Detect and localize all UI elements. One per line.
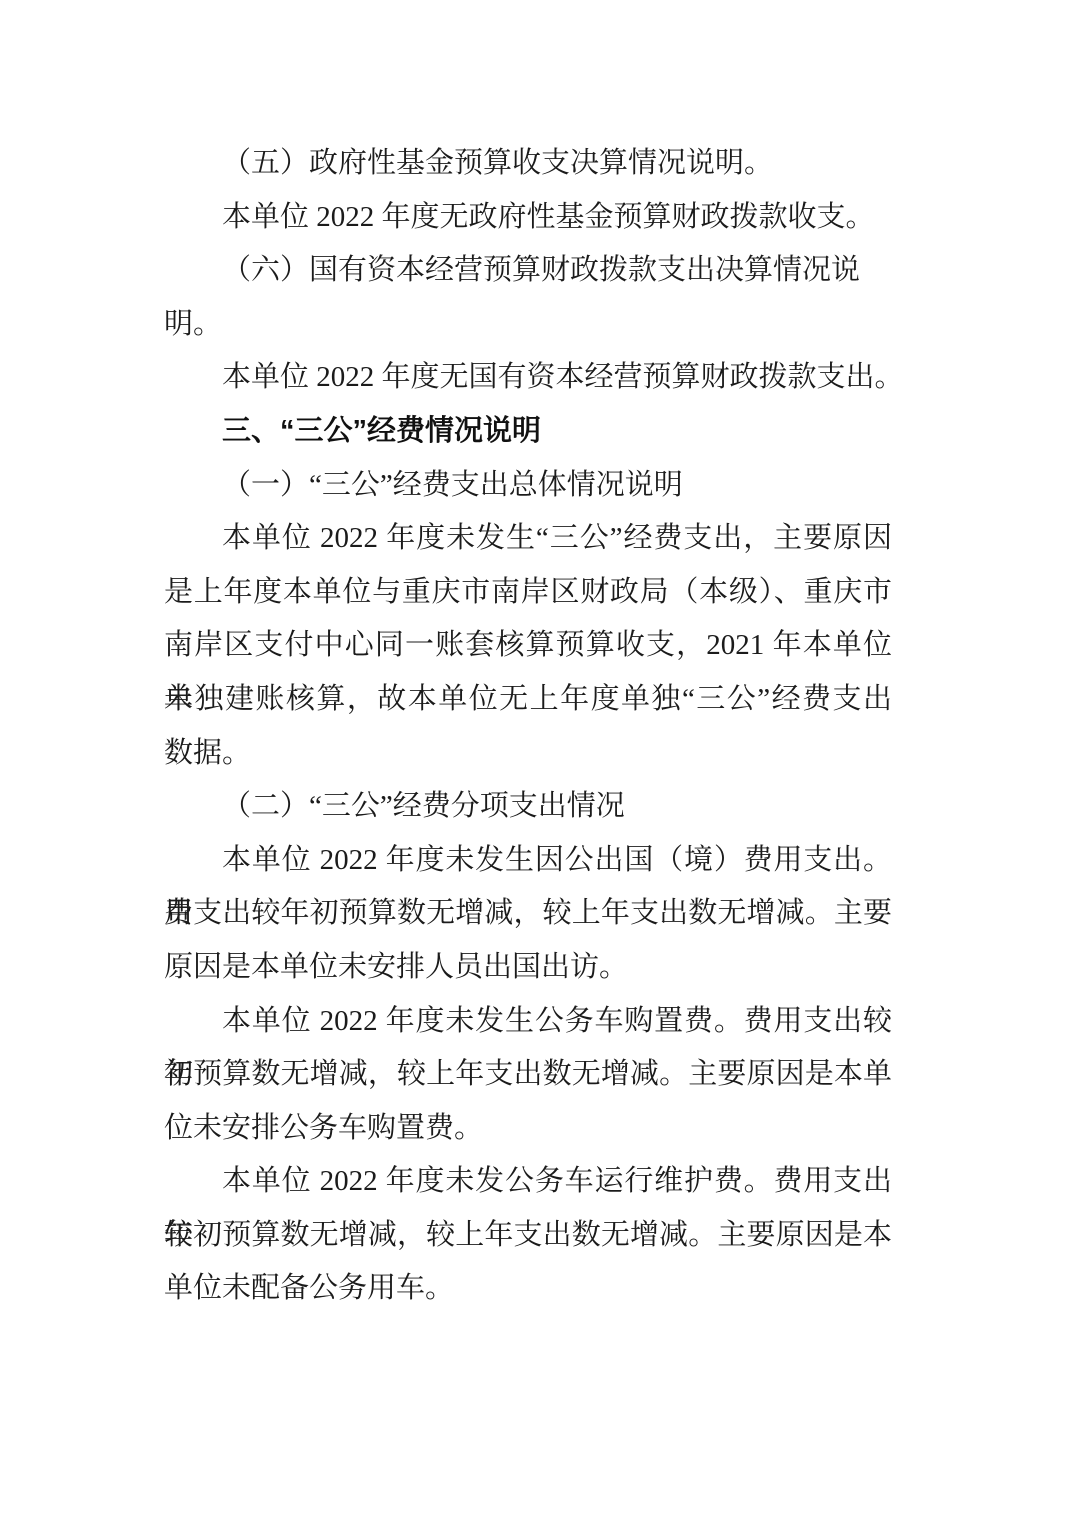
- document-line: （二）“三公”经费分项支出情况: [164, 780, 892, 834]
- document-body: （五）政府性基金预算收支决算情况说明。本单位 2022 年度无政府性基金预算财政…: [164, 137, 892, 1316]
- document-line: 位未安排公务车购置费。: [164, 1102, 892, 1156]
- document-line: 本单位 2022 年度未发生“三公”经费支出，主要原因: [164, 512, 892, 566]
- paragraph: （五）政府性基金预算收支决算情况说明。: [164, 137, 892, 191]
- document-line: （五）政府性基金预算收支决算情况说明。: [164, 137, 892, 191]
- document-line: 年初预算数无增减，较上年支出数无增减。主要原因是本: [164, 1209, 892, 1263]
- document-line: 单独建账核算，故本单位无上年度单独“三公”经费支出: [164, 673, 892, 727]
- document-line: 本单位 2022 年度无国有资本经营预算财政拨款支出。: [164, 351, 892, 405]
- document-line: 单位未配备公务用车。: [164, 1262, 892, 1316]
- document-line: 数据。: [164, 727, 892, 781]
- document-line: 明。: [164, 298, 892, 352]
- document-line: 本单位 2022 年度无政府性基金预算财政拨款收支。: [164, 191, 892, 245]
- document-line: 南岸区支付中心同一账套核算预算收支，2021 年本单位未: [164, 619, 892, 673]
- document-page: （五）政府性基金预算收支决算情况说明。本单位 2022 年度无政府性基金预算财政…: [0, 0, 1075, 1520]
- paragraph: （二）“三公”经费分项支出情况: [164, 780, 892, 834]
- document-line: 本单位 2022 年度未发生因公出国（境）费用支出。费: [164, 834, 892, 888]
- document-line: （一）“三公”经费支出总体情况说明: [164, 459, 892, 513]
- paragraph: 本单位 2022 年度未发生公务车购置费。费用支出较年初预算数无增减，较上年支出…: [164, 995, 892, 1156]
- document-line: （六）国有资本经营预算财政拨款支出决算情况说: [164, 244, 892, 298]
- document-line: 原因是本单位未安排人员出国出访。: [164, 941, 892, 995]
- document-line: 用支出较年初预算数无增减，较上年支出数无增减。主要: [164, 887, 892, 941]
- paragraph: 本单位 2022 年度无国有资本经营预算财政拨款支出。: [164, 351, 892, 405]
- document-line: 本单位 2022 年度未发公务车运行维护费。费用支出较: [164, 1155, 892, 1209]
- document-line: 本单位 2022 年度未发生公务车购置费。费用支出较年: [164, 995, 892, 1049]
- paragraph: （一）“三公”经费支出总体情况说明: [164, 459, 892, 513]
- paragraph: 本单位 2022 年度未发公务车运行维护费。费用支出较年初预算数无增减，较上年支…: [164, 1155, 892, 1316]
- paragraph: 本单位 2022 年度未发生因公出国（境）费用支出。费用支出较年初预算数无增减，…: [164, 834, 892, 995]
- document-line: 是上年度本单位与重庆市南岸区财政局（本级）、重庆市: [164, 566, 892, 620]
- paragraph: 本单位 2022 年度无政府性基金预算财政拨款收支。: [164, 191, 892, 245]
- paragraph: （六）国有资本经营预算财政拨款支出决算情况说明。: [164, 244, 892, 351]
- paragraph: 本单位 2022 年度未发生“三公”经费支出，主要原因是上年度本单位与重庆市南岸…: [164, 512, 892, 780]
- section-heading-line: 三、“三公”经费情况说明: [164, 405, 892, 459]
- document-line: 初预算数无增减，较上年支出数无增减。主要原因是本单: [164, 1048, 892, 1102]
- section-heading: 三、“三公”经费情况说明: [164, 405, 892, 459]
